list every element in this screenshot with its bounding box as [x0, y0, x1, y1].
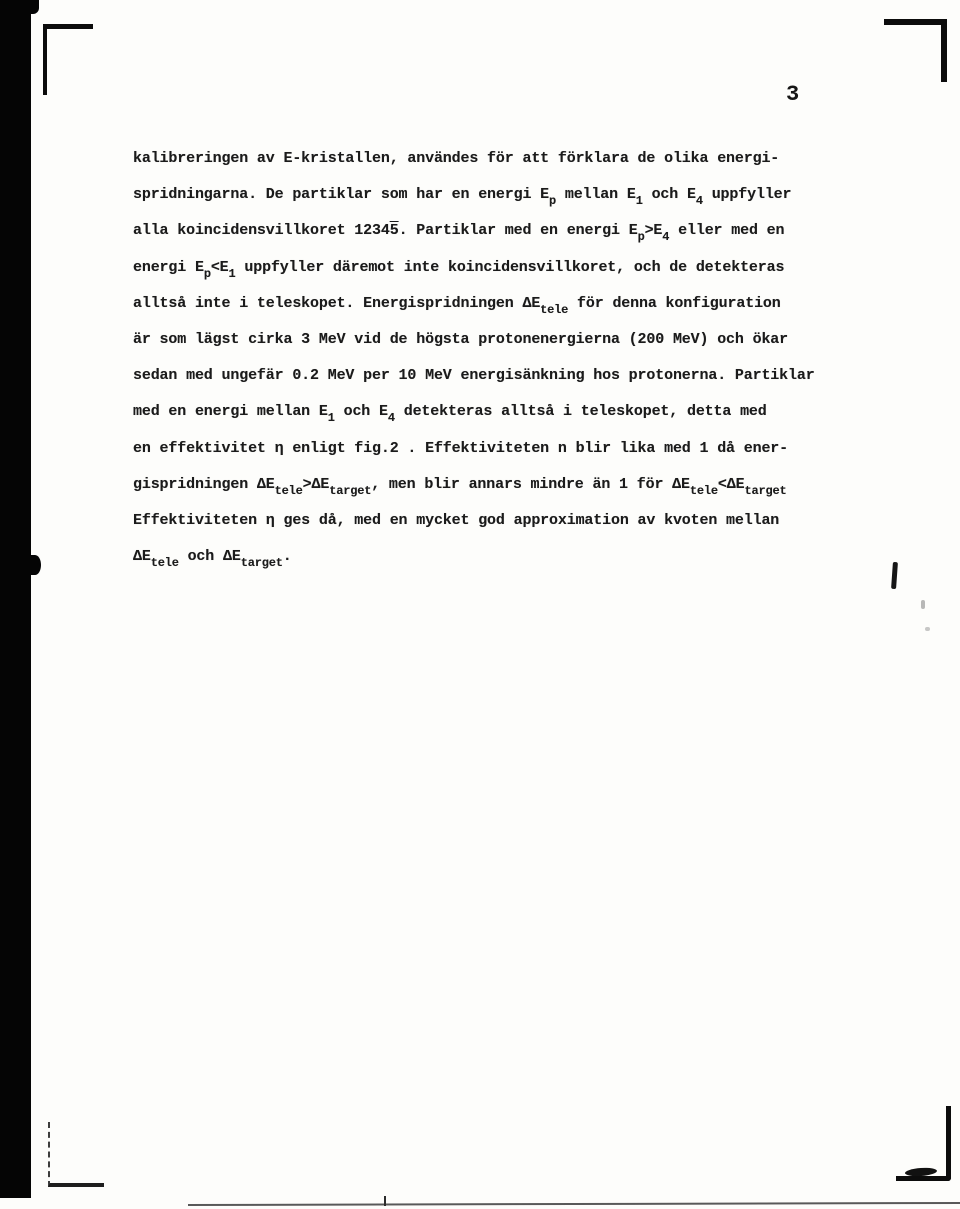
text-segment: eller med en: [669, 222, 784, 239]
document-text: kalibreringen av E-kristallen, användes …: [133, 141, 873, 575]
subscript-text: p: [204, 267, 211, 281]
subscript-text: 1: [229, 267, 236, 281]
text-segment: , men blir annars mindre än 1 för ΔE: [371, 476, 690, 493]
subscript-text: tele: [275, 484, 303, 498]
scan-speck: [921, 600, 925, 609]
subscript-text: 4: [662, 230, 669, 244]
text-line-7: sedan med ungefär 0.2 MeV per 10 MeV ene…: [133, 358, 873, 394]
corner-mark-top-right: [884, 19, 947, 82]
scan-edge-smudge: [0, 0, 39, 14]
text-line-10: gispridningen ΔEtele>ΔEtarget, men blir …: [133, 467, 873, 503]
text-segment: sedan med ungefär 0.2 MeV per 10 MeV ene…: [133, 367, 815, 384]
page-number: 3: [786, 82, 799, 107]
subscript-text: target: [329, 484, 371, 498]
text-segment: är som lägst cirka 3 MeV vid de högsta p…: [133, 331, 788, 348]
text-segment: alla koincidensvillkoret 1234: [133, 222, 390, 239]
text-segment: >ΔE: [303, 476, 330, 493]
text-segment: och ΔE: [179, 548, 241, 565]
text-segment: <ΔE: [718, 476, 745, 493]
text-line-12: ΔEtele och ΔEtarget.: [133, 539, 873, 575]
subscript-text: target: [241, 556, 283, 570]
stray-dash-mark: [891, 562, 898, 589]
text-segment: . Partiklar med en energi E: [399, 222, 638, 239]
subscript-text: p: [638, 230, 645, 244]
subscript-text: 4: [696, 194, 703, 208]
subscript-text: 1: [636, 194, 643, 208]
subscript-text: 4: [388, 411, 395, 425]
text-line-9: en effektivitet η enligt fig.2 . Effekti…: [133, 431, 873, 467]
subscript-text: tele: [151, 556, 179, 570]
scan-bottom-line: [188, 1202, 960, 1206]
scan-speck: [925, 627, 930, 631]
text-line-6: är som lägst cirka 3 MeV vid de högsta p…: [133, 322, 873, 358]
text-segment: detekteras alltså i teleskopet, detta me…: [395, 403, 767, 420]
text-segment: och E: [335, 403, 388, 420]
text-segment: gispridningen ΔE: [133, 476, 275, 493]
text-segment: >E: [645, 222, 663, 239]
text-segment: kalibreringen av E-kristallen, användes …: [133, 150, 779, 167]
text-segment: Effektiviteten η ges då, med en mycket g…: [133, 512, 779, 529]
text-segment: för denna konfiguration: [568, 295, 780, 312]
text-segment: uppfyller: [703, 186, 792, 203]
text-line-3: alla koincidensvillkoret 12345. Partikla…: [133, 213, 873, 249]
text-line-4: energi Ep<E1 uppfyller däremot inte koin…: [133, 250, 873, 286]
text-line-11: Effektiviteten η ges då, med en mycket g…: [133, 503, 873, 539]
text-segment: energi E: [133, 259, 204, 276]
text-segment: och E: [643, 186, 696, 203]
subscript-text: target: [744, 484, 786, 498]
scan-bottom-tick: [384, 1196, 386, 1206]
text-line-2: spridningarna. De partiklar som har en e…: [133, 177, 873, 213]
scan-edge-artifact: [0, 0, 31, 1198]
text-line-5: alltså inte i teleskopet. Energispridnin…: [133, 286, 873, 322]
text-segment: 5: [390, 222, 399, 239]
text-segment: <E: [211, 259, 229, 276]
text-line-1: kalibreringen av E-kristallen, användes …: [133, 141, 873, 177]
scan-edge-nub: [29, 555, 41, 575]
scanned-page: 3 kalibreringen av E-kristallen, använde…: [0, 0, 960, 1209]
subscript-text: tele: [540, 303, 568, 317]
text-line-8: med en energi mellan E1 och E4 detektera…: [133, 394, 873, 430]
text-segment: .: [283, 548, 292, 565]
text-segment: med en energi mellan E: [133, 403, 328, 420]
text-segment: en effektivitet η enligt fig.2 . Effekti…: [133, 440, 788, 457]
corner-mark-bottom-left: [48, 1122, 104, 1187]
text-segment: alltså inte i teleskopet. Energispridnin…: [133, 295, 540, 312]
text-segment: ΔE: [133, 548, 151, 565]
text-segment: spridningarna. De partiklar som har en e…: [133, 186, 549, 203]
text-segment: mellan E: [556, 186, 636, 203]
corner-mark-top-left: [43, 24, 93, 95]
subscript-text: tele: [690, 484, 718, 498]
subscript-text: 1: [328, 411, 335, 425]
subscript-text: p: [549, 194, 556, 208]
text-segment: uppfyller däremot inte koincidensvillkor…: [236, 259, 785, 276]
